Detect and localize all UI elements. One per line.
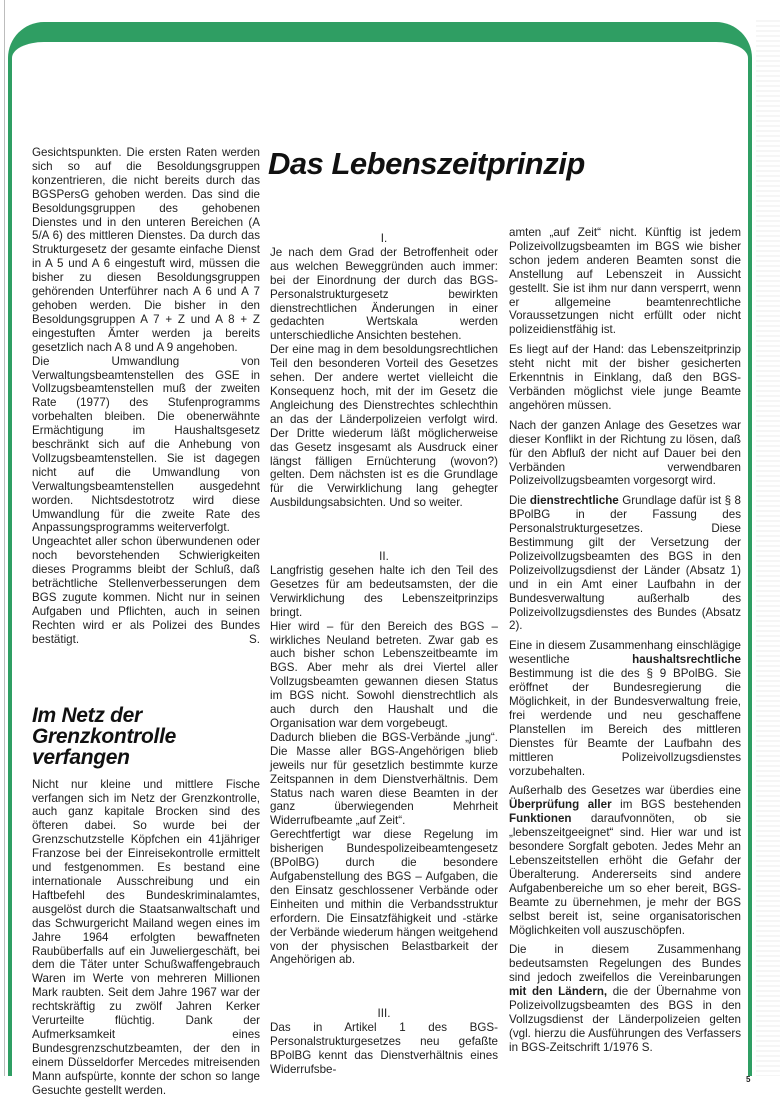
text: daraufvonnöten, ob sie „lebenszeitgeeign… xyxy=(509,812,741,936)
paragraph: Hier wird – für den Bereich des BGS – wi… xyxy=(270,620,498,731)
text: Bestimmung ist die des § 9 BPolBG. Sie e… xyxy=(509,667,741,777)
spacer xyxy=(270,967,498,1007)
emphasis: dienstrechtliche xyxy=(530,494,619,507)
emphasis: haushaltsrechtliche xyxy=(632,653,741,666)
text: Die xyxy=(509,494,530,507)
text: Grundlage dafür ist § 8 BPolBG in der Fa… xyxy=(509,494,741,632)
paragraph: amten „auf Zeit“ nicht. Künftig ist jede… xyxy=(509,226,741,337)
paragraph: Dadurch blieben die BGS-Verbände „jung“.… xyxy=(270,731,498,828)
second-article-title: Im Netz der Grenzkontrolle verfangen xyxy=(32,705,260,768)
paragraph: Außerhalb des Gesetzes war überdies eine… xyxy=(509,784,741,937)
spacer xyxy=(32,647,260,705)
paragraph: Nach der ganzen Anlage des Gesetzes war … xyxy=(509,419,741,489)
paragraph: Es liegt auf der Hand: das Lebenszeitpri… xyxy=(509,343,741,413)
scan-edge xyxy=(4,0,5,1100)
paragraph: Gesichtspunkten. Die ersten Raten werden… xyxy=(32,146,260,355)
paragraph: Die Umwandlung von Verwaltungsbeamtenste… xyxy=(32,355,260,536)
paragraph: Langfristig gesehen halte ich den Teil d… xyxy=(270,564,498,620)
text: Außerhalb des Gesetzes war überdies eine xyxy=(509,784,741,797)
paragraph-text: Ungeachtet aller schon überwundenen oder… xyxy=(32,535,260,645)
spacer xyxy=(270,510,498,550)
text: im BGS bestehenden xyxy=(612,798,741,811)
section-numeral: II. xyxy=(270,550,498,564)
paragraph: Die dienstrechtliche Grundlage dafür ist… xyxy=(509,494,741,633)
paragraph: Je nach dem Grad der Betroffenheit oder … xyxy=(270,246,498,343)
paragraph: Eine in diesem Zusammenhang einschlägige… xyxy=(509,639,741,778)
scan-noise xyxy=(756,20,780,1080)
page-number: 5 xyxy=(746,1075,750,1084)
text: Die in diesem Zusammenhang bedeutsamsten… xyxy=(509,943,741,984)
main-article-title: Das Lebenszeitprinzip xyxy=(268,146,585,182)
section-numeral: III. xyxy=(270,1007,498,1021)
paragraph: Der eine mag in dem besoldungsrechtliche… xyxy=(270,343,498,510)
emphasis: mit den Ländern, xyxy=(509,985,607,998)
section-numeral: I. xyxy=(270,232,498,246)
paragraph: Gerechtfertigt war diese Regelung im bis… xyxy=(270,828,498,967)
right-column: amten „auf Zeit“ nicht. Künftig ist jede… xyxy=(509,226,741,1055)
paragraph-with-signature: Ungeachtet aller schon überwundenen oder… xyxy=(32,535,260,646)
author-signature: S. xyxy=(249,633,260,647)
middle-column: I. Je nach dem Grad der Betroffenheit od… xyxy=(270,232,498,1077)
paragraph: Die in diesem Zusammenhang bedeutsamsten… xyxy=(509,943,741,1054)
emphasis: Funktionen xyxy=(509,812,571,825)
emphasis: Überprüfung aller xyxy=(509,798,612,811)
paragraph: Nicht nur kleine und mittlere Fische ver… xyxy=(32,778,260,1098)
left-column: Gesichtspunkten. Die ersten Raten werden… xyxy=(32,146,260,1097)
paragraph: Das in Artikel 1 des BGS-Personalstruktu… xyxy=(270,1021,498,1077)
